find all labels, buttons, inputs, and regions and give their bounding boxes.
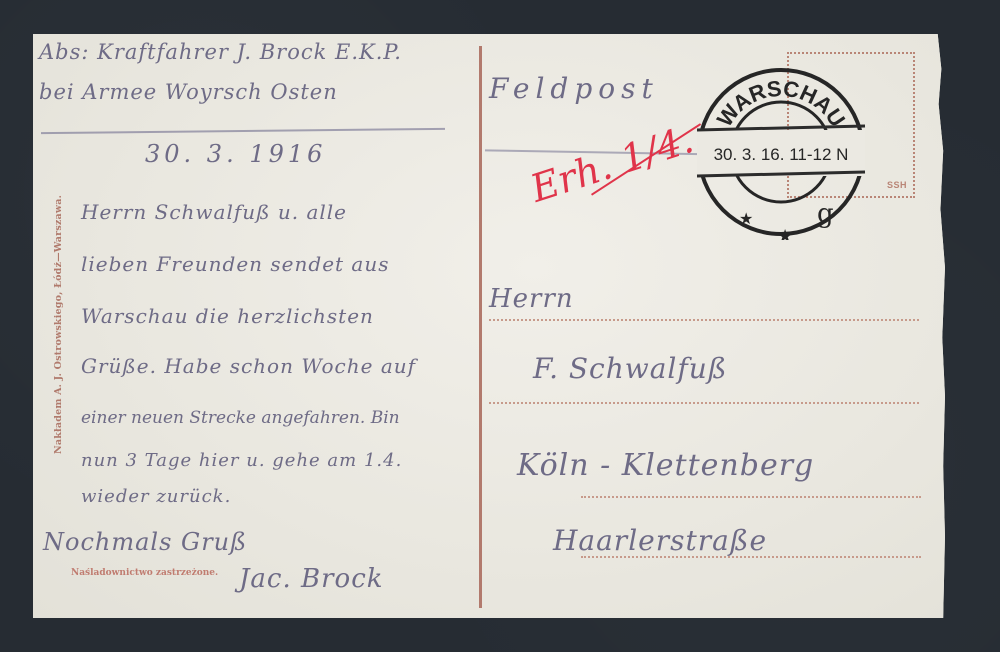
address-dotted-line (581, 556, 921, 558)
address-line: Herrn (489, 284, 574, 314)
feldpost-label: Feldpost (489, 72, 659, 105)
closing-greeting: Nochmals Gruß (43, 528, 247, 556)
address-dotted-line (581, 496, 921, 498)
center-divider (479, 46, 482, 608)
postmark-date: 30. 3. 16. 11-12 N (714, 145, 849, 164)
signature: Jac. Brock (239, 564, 384, 594)
sender-line-1: Abs: Kraftfahrer J. Brock E.K.P. (39, 40, 402, 64)
address-line: Köln - Klettenberg (517, 448, 814, 483)
message-line: einer neuen Strecke angefahren. Bin (81, 408, 400, 428)
publisher-imprint: Nakładem A. J. Ostrowskiego, Łódź—Warsza… (53, 195, 64, 454)
received-annotation: Erh. 1/4. (525, 117, 698, 211)
message-line: Warschau die herzlichsten (81, 304, 374, 328)
sender-line-2: bei Armee Woyrsch Osten (39, 80, 338, 104)
sender-underline (41, 128, 445, 134)
star-icon: ★ (777, 226, 793, 240)
message-line: Grüße. Habe schon Woche auf (81, 354, 416, 378)
message-line: lieben Freunden sendet aus (81, 252, 390, 276)
message-line: nun 3 Tage hier u. gehe am 1.4. (81, 450, 402, 471)
address-dotted-line (489, 402, 919, 404)
copyright-notice: Naśladownictwo zastrzeżone. (71, 568, 218, 578)
stamp-box-code: SSH (887, 180, 907, 190)
message-line: wieder zurück. (81, 486, 231, 507)
address-line: Haarlerstraße (553, 524, 767, 557)
warschau-postmark: WARSCHAU 30. 3. 16. 11-12 N ★ ★ g (693, 64, 869, 240)
address-line: F. Schwalfuß (533, 352, 727, 385)
message-line: Herrn Schwalfuß u. alle (81, 200, 347, 224)
postmark-letter: g (817, 199, 834, 229)
address-dotted-line (489, 319, 919, 321)
star-icon: ★ (739, 209, 753, 228)
postcard: Nakładem A. J. Ostrowskiego, Łódź—Warsza… (33, 34, 945, 618)
message-date: 30. 3. 1916 (145, 140, 326, 168)
